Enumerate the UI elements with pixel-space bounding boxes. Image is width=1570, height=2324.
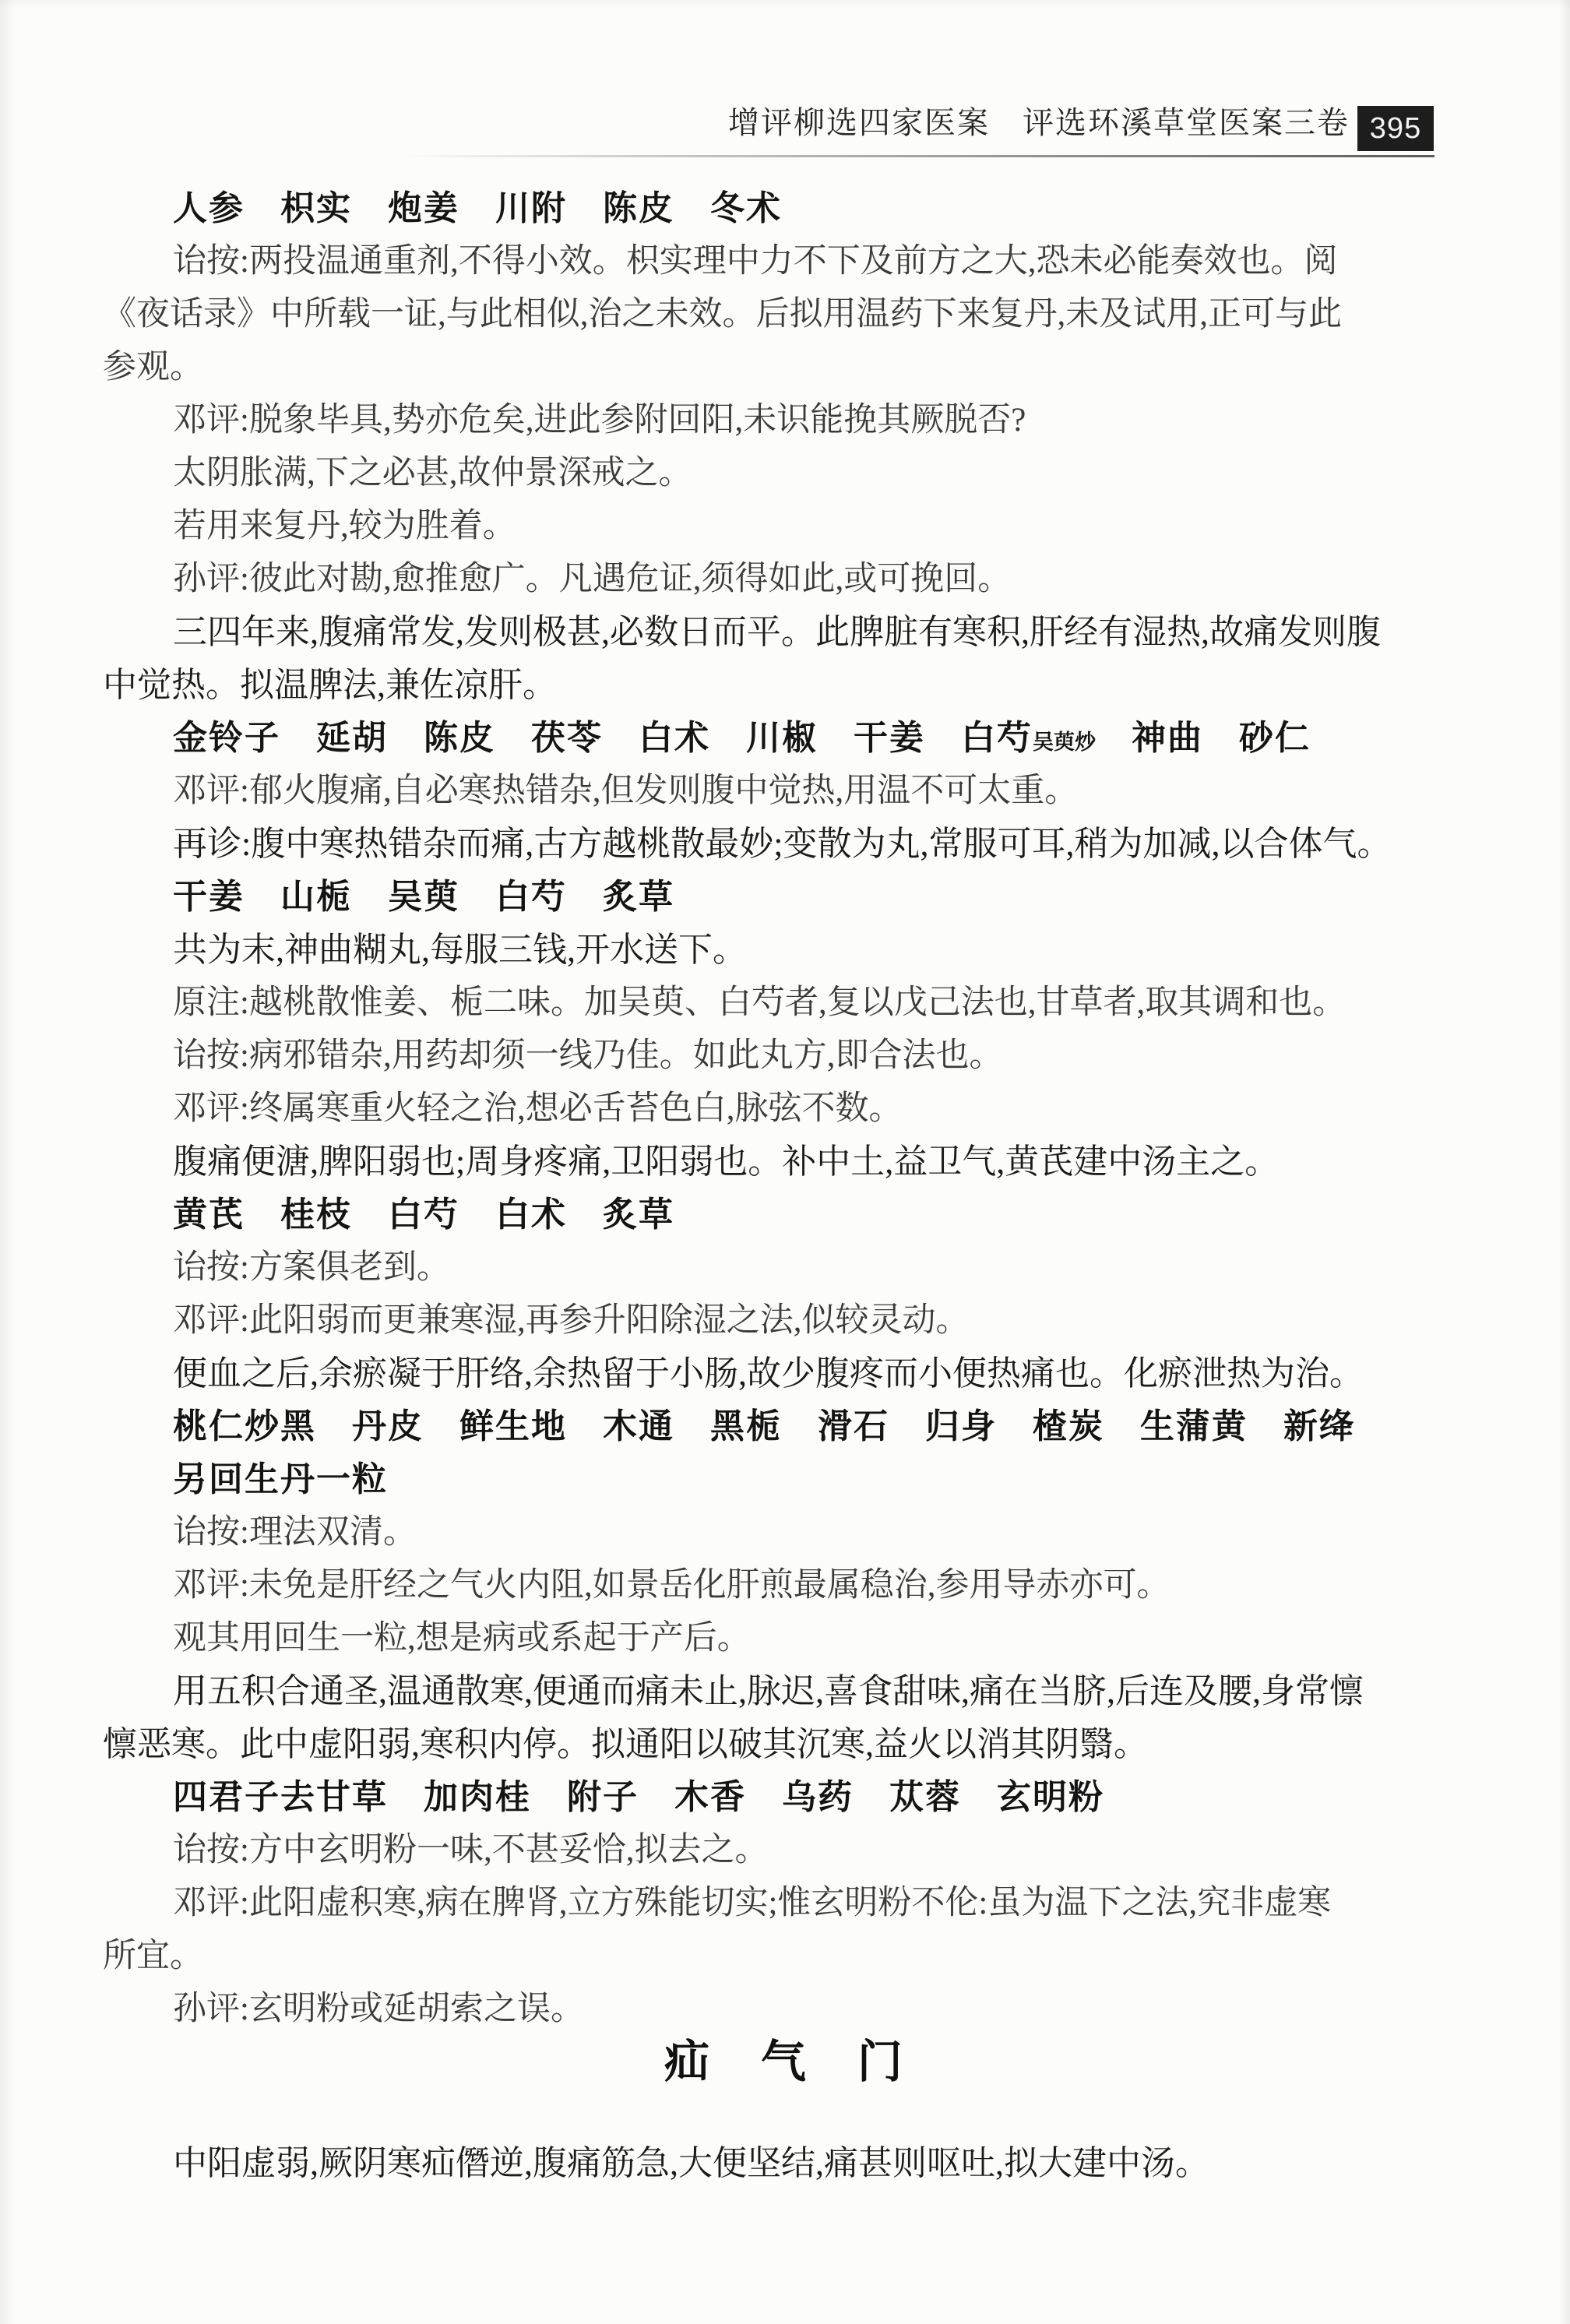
text-line: 原注:越桃散惟姜、栀二味。加吴萸、白芍者,复以戊己法也,甘草者,取其调和也。 <box>103 977 1475 1030</box>
text-line: 邓评:郁火腹痛,自必寒热错杂,但发则腹中觉热,用温不可太重。 <box>103 765 1475 818</box>
text-line: 诒按:病邪错杂,用药却须一线乃佳。如此丸方,即合法也。 <box>103 1030 1475 1083</box>
text-line: 邓评:终属寒重火轻之治,想必舌苔色白,脉弦不数。 <box>103 1083 1475 1136</box>
text-line: 所宜。 <box>103 1930 1475 1983</box>
header-rule <box>405 155 1434 157</box>
text-line: 懔恶寒。此中虚阳弱,寒积内停。拟通阳以破其沉寒,益火以消其阴翳。 <box>103 1718 1475 1771</box>
herb-list: 神曲 砂仁 <box>1096 719 1311 757</box>
text-line: 腹痛便溏,脾阳弱也;周身疼痛,卫阳弱也。补中土,益卫气,黄芪建中汤主之。 <box>103 1136 1475 1188</box>
page-number-badge: 395 <box>1357 106 1434 151</box>
text-line: 再诊:腹中寒热错杂而痛,古方越桃散最妙;变散为丸,常服可耳,稍为加减,以合体气。 <box>103 818 1475 871</box>
header-title-left: 增评柳选四家医案 <box>728 105 990 140</box>
header-title-right: 评选环溪草堂医案三卷 <box>1023 105 1350 140</box>
text-line: 金铃子 延胡 陈皮 茯苓 白术 川椒 干姜 白芍吴萸炒 神曲 砂仁 <box>103 712 1475 765</box>
text-line: 便血之后,余瘀凝于肝络,余热留于小肠,故少腹疼而小便热痛也。化瘀泄热为治。 <box>103 1347 1475 1400</box>
herb-preparation-note: 吴萸炒 <box>1033 731 1096 754</box>
text-line: 诒按:两投温通重剂,不得小效。枳实理中力不下及前方之大,恐未必能奏效也。阅 <box>103 235 1475 288</box>
text-line: 用五积合通圣,温通散寒,便通而痛未止,脉迟,喜食甜味,痛在当脐,后连及腰,身常懔 <box>103 1665 1475 1718</box>
text-line: 桃仁炒黑 丹皮 鲜生地 木通 黑栀 滑石 归身 楂炭 生蒲黄 新绛 <box>103 1400 1475 1453</box>
text-line: 孙评:彼此对勘,愈推愈广。凡遇危证,须得如此,或可挽回。 <box>103 553 1475 606</box>
body-text: 人参 枳实 炮姜 川附 陈皮 冬术 诒按:两投温通重剂,不得小效。枳实理中力不下… <box>103 182 1475 2036</box>
text-line: 参观。 <box>103 341 1475 394</box>
book-page: 增评柳选四家医案评选环溪草堂医案三卷 395 人参 枳实 炮姜 川附 陈皮 冬术… <box>0 0 1570 2324</box>
text-line: 邓评:脱象毕具,势亦危矣,进此参附回阳,未识能挽其厥脱否? <box>103 394 1475 447</box>
text-line: 邓评:此阳虚积寒,病在脾肾,立方殊能切实;惟玄明粉不伦:虽为温下之法,究非虚寒 <box>103 1877 1475 1930</box>
text-line: 邓评:此阳弱而更兼寒湿,再参升阳除湿之法,似较灵动。 <box>103 1294 1475 1347</box>
text-line: 人参 枳实 炮姜 川附 陈皮 冬术 <box>103 182 1475 235</box>
section-opening-line: 中阳虚弱,厥阴寒疝僭逆,腹痛筋急,大便坚结,痛甚则呕吐,拟大建中汤。 <box>103 2137 1545 2190</box>
herb-list: 金铃子 延胡 陈皮 茯苓 白术 川椒 干姜 白芍 <box>173 719 1033 757</box>
text-line: 干姜 山栀 吴萸 白芍 炙草 <box>103 871 1475 924</box>
running-header: 增评柳选四家医案评选环溪草堂医案三卷 <box>728 98 1350 143</box>
text-line: 四君子去甘草 加肉桂 附子 木香 乌药 苁蓉 玄明粉 <box>103 1771 1475 1824</box>
text-line: 诒按:方中玄明粉一味,不甚妥恰,拟去之。 <box>103 1824 1475 1877</box>
text-line: 共为末,神曲糊丸,每服三钱,开水送下。 <box>103 924 1475 977</box>
text-line: 诒按:方案俱老到。 <box>103 1241 1475 1294</box>
text-line: 黄芪 桂枝 白芍 白术 炙草 <box>103 1188 1475 1241</box>
text-line: 另回生丹一粒 <box>103 1453 1475 1506</box>
text-line: 太阴胀满,下之必甚,故仲景深戒之。 <box>103 447 1475 500</box>
section-heading: 疝 气 门 <box>0 2025 1570 2090</box>
text-line: 《夜话录》中所载一证,与此相似,治之未效。后拟用温药下来复丹,未及试用,正可与此 <box>103 288 1475 341</box>
text-line: 三四年来,腹痛常发,发则极甚,必数日而平。此脾脏有寒积,肝经有湿热,故痛发则腹 <box>103 606 1475 659</box>
text-line: 中觉热。拟温脾法,兼佐凉肝。 <box>103 659 1475 712</box>
text-line: 邓评:未免是肝经之气火内阻,如景岳化肝煎最属稳治,参用导赤亦可。 <box>103 1559 1475 1612</box>
text-line: 诒按:理法双清。 <box>103 1506 1475 1559</box>
text-line: 观其用回生一粒,想是病或系起于产后。 <box>103 1612 1475 1665</box>
text-line: 若用来复丹,较为胜着。 <box>103 500 1475 553</box>
